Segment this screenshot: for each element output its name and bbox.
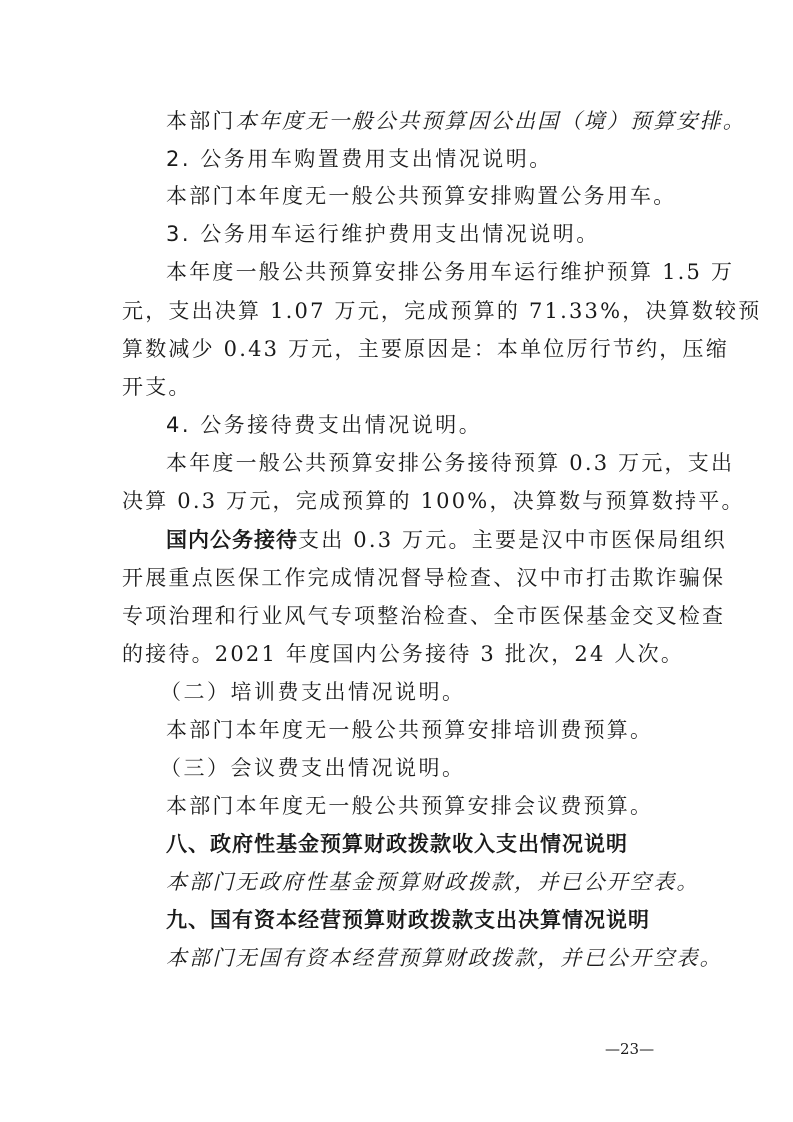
subheading-vehicle-purchase: 2. 公务用车购置费用支出情况说明。 bbox=[166, 146, 553, 172]
text-span: 本部门 bbox=[166, 109, 236, 133]
bold-span: 国内公务接待 bbox=[166, 528, 298, 552]
paragraph-vehicle-purchase: 本部门本年度无一般公共预算安排购置公务用车。 bbox=[166, 183, 676, 209]
paragraph-domestic-reception: 国内公务接待支出 0.3 万元。主要是汉中市医保局组织 bbox=[166, 527, 727, 553]
paragraph-line: 专项治理和行业风气专项整治检查、全市医保基金交叉检查 bbox=[122, 603, 725, 629]
section-heading-9: 九、国有资本经营预算财政拨款支出决算情况说明 bbox=[166, 907, 650, 933]
subheading-meeting: （三）会议费支出情况说明。 bbox=[160, 755, 466, 781]
paragraph-training: 本部门本年度无一般公共预算安排培训费预算。 bbox=[166, 717, 653, 743]
subheading-training: （二）培训费支出情况说明。 bbox=[160, 679, 466, 705]
paragraph-section-8: 本部门无政府性基金预算财政拨款，并已公开空表。 bbox=[166, 869, 700, 895]
paragraph-line: 开支。 bbox=[122, 374, 192, 400]
paragraph-line: 元，支出决算 1.07 万元，完成预算的 71.33%，决算数较预 bbox=[122, 298, 761, 324]
paragraph-meeting: 本部门本年度无一般公共预算安排会议费预算。 bbox=[166, 793, 653, 819]
paragraph-line: 算数减少 0.43 万元，主要原因是：本单位厉行节约，压缩 bbox=[122, 336, 729, 362]
italic-span: 本年度无一般公共预算因公出国（境）预算安排。 bbox=[236, 109, 746, 133]
paragraph-section-9: 本部门无国有资本经营预算财政拨款，并已公开空表。 bbox=[166, 945, 723, 971]
subheading-vehicle-maintenance: 3. 公务用车运行维护费用支出情况说明。 bbox=[166, 221, 600, 247]
text-span: 支出 0.3 万元。主要是汉中市医保局组织 bbox=[298, 528, 727, 552]
paragraph-line: 本年度一般公共预算安排公务接待预算 0.3 万元，支出 bbox=[166, 450, 734, 476]
paragraph-outbound-travel: 本部门本年度无一般公共预算因公出国（境）预算安排。 bbox=[166, 108, 746, 134]
section-heading-8: 八、政府性基金预算财政拨款收入支出情况说明 bbox=[166, 831, 628, 857]
paragraph-line: 的接待。2021 年度国内公务接待 3 批次，24 人次。 bbox=[122, 641, 684, 667]
page-number: —23— bbox=[605, 1040, 654, 1058]
paragraph-line: 决算 0.3 万元，完成预算的 100%，决算数与预算数持平。 bbox=[122, 488, 745, 514]
paragraph-line: 本年度一般公共预算安排公务用车运行维护预算 1.5 万 bbox=[166, 259, 734, 285]
subheading-reception: 4. 公务接待费支出情况说明。 bbox=[166, 412, 482, 438]
paragraph-line: 开展重点医保工作完成情况督导检查、汉中市打击欺诈骗保 bbox=[122, 565, 725, 591]
